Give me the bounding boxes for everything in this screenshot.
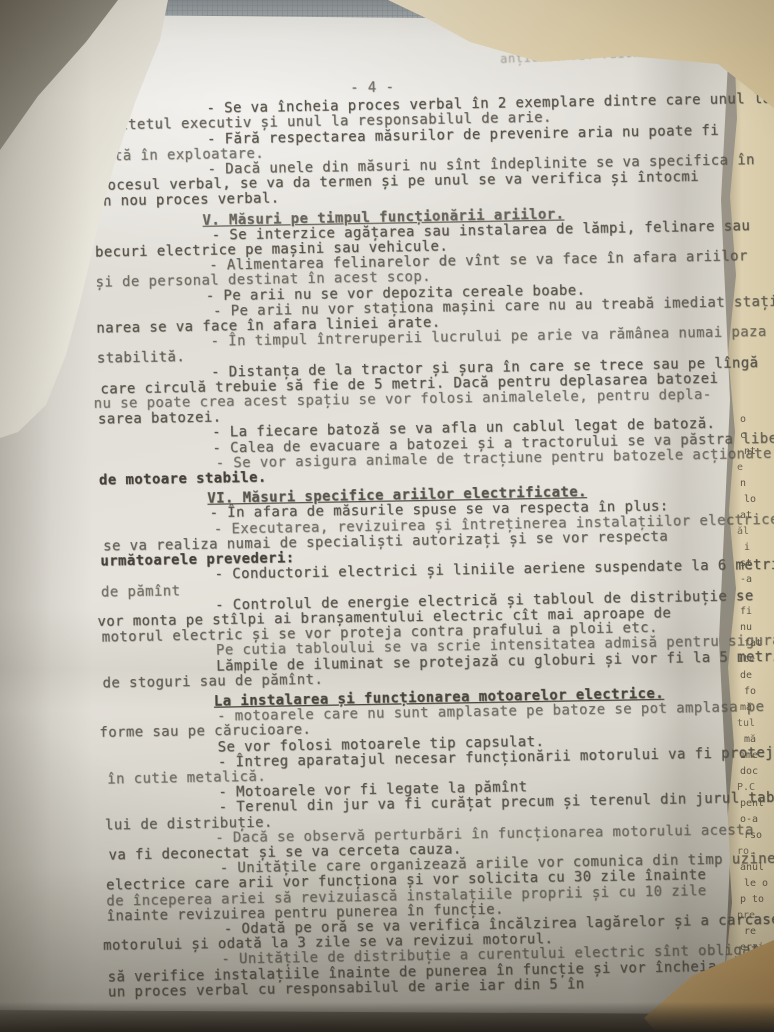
side-sheet-fragment: o — [740, 412, 774, 428]
bottom-shadow — [0, 1002, 774, 1032]
side-sheet-fragment: le o — [744, 876, 774, 892]
side-sheet-fragment: fo — [744, 684, 774, 700]
typed-text-block: - 4 -- Se va încheia proces verbal în 2 … — [88, 74, 748, 1000]
side-sheet-fragment: e — [737, 460, 774, 476]
side-sheet-fragment: fi — [740, 604, 774, 620]
side-sheet-fragment: lo — [744, 492, 774, 508]
side-sheet-fragment: -a — [740, 572, 774, 588]
side-sheet-fragment: i — [744, 540, 774, 556]
side-sheet-fragment: n — [740, 476, 774, 492]
document-photo: ocntenloatălist-acfinufatitedefomătulmăi… — [0, 0, 774, 1032]
side-sheet-fragment: de — [740, 668, 774, 684]
